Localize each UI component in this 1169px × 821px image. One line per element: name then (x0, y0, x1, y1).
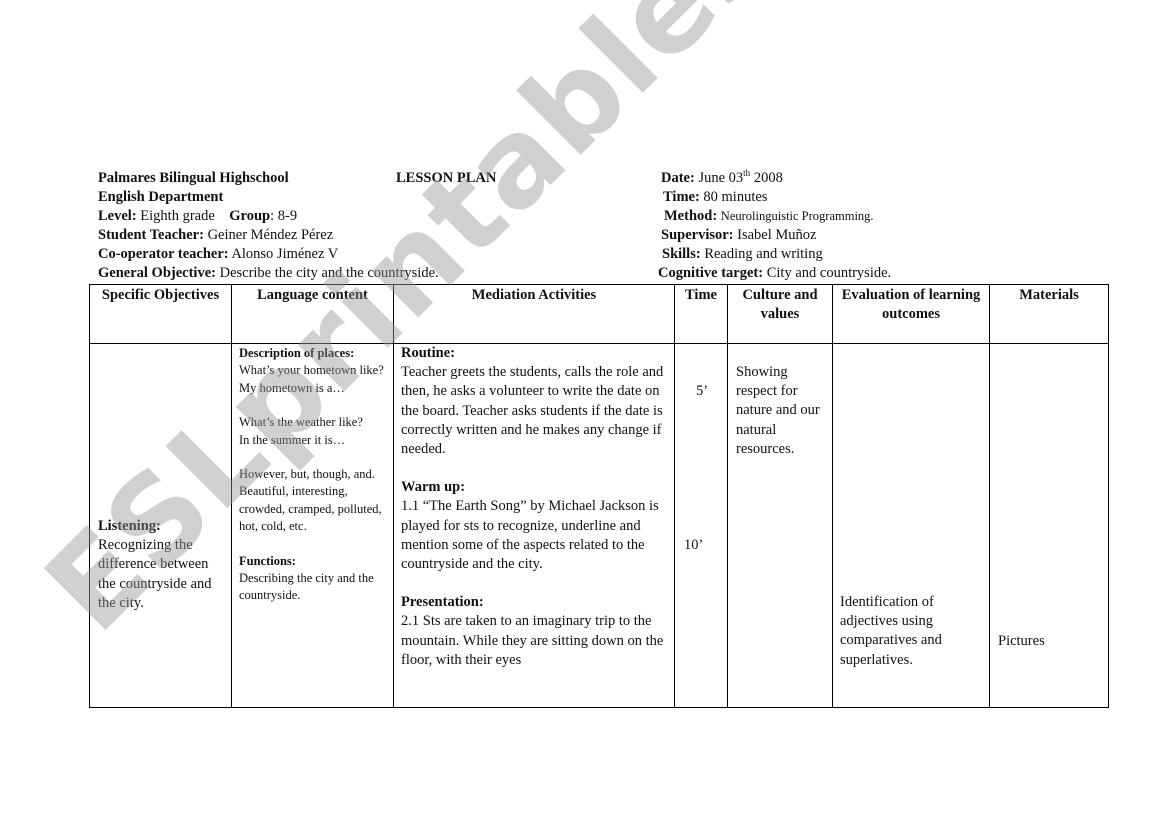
lesson-plan-page: Palmares Bilingual Highschool LESSON PLA… (0, 0, 1169, 821)
student-teacher-line: Student Teacher: Geiner Méndez Pérez (98, 226, 333, 245)
presentation-heading: Presentation: (401, 594, 484, 610)
cognitive-target-line: Cognitive target: City and countryside. (658, 264, 891, 283)
language-q1: What’s your hometown like? (239, 362, 389, 379)
col-header-mediation-activities: Mediation Activities (394, 285, 675, 344)
general-objective-line: General Objective: Describe the city and… (98, 264, 439, 283)
table-header-row: Specific Objectives Language content Med… (90, 285, 1109, 344)
cooperator-teacher-line: Co-operator teacher: Alonso Jiménez V (98, 245, 338, 264)
supervisor-line: Supervisor: Isabel Muñoz (661, 226, 816, 245)
culture-values-text: Showing respect for nature and our natur… (736, 363, 826, 459)
col-header-materials: Materials (990, 285, 1109, 344)
warmup-text: 1.1 “The Earth Song” by Michael Jackson … (401, 497, 669, 574)
evaluation-text: Identification of adjectives using compa… (840, 593, 980, 670)
language-heading-description: Description of places: (239, 346, 354, 360)
time-routine: 5’ (696, 382, 708, 401)
school-name: Palmares Bilingual Highschool (98, 169, 289, 188)
date-line: Date: June 03th 2008 (661, 169, 783, 188)
objective-text: Recognizing the difference between the c… (98, 537, 212, 611)
cell-specific-objectives: Listening: Recognizing the difference be… (90, 344, 232, 708)
language-a2: In the summer it is… (239, 432, 389, 449)
language-q2: What’s the weather like? (239, 414, 389, 431)
cell-materials: Pictures (990, 344, 1109, 708)
col-header-time: Time (675, 285, 728, 344)
cell-culture-values: Showing respect for nature and our natur… (728, 344, 833, 708)
materials-text: Pictures (998, 632, 1045, 651)
col-header-specific-objectives: Specific Objectives (90, 285, 232, 344)
cell-time: 5’ 10’ (675, 344, 728, 708)
language-functions: Describing the city and the countryside. (239, 570, 389, 605)
language-adjectives: Beautiful, interesting, crowded, cramped… (239, 483, 389, 535)
col-header-language-content: Language content (232, 285, 394, 344)
routine-heading: Routine: (401, 345, 455, 361)
routine-text: Teacher greets the students, calls the r… (401, 363, 669, 459)
level-group-line: Level: Eighth grade Group: 8-9 (98, 207, 297, 226)
presentation-text: 2.1 Sts are taken to an imaginary trip t… (401, 612, 669, 670)
skills-line: Skills: Reading and writing (662, 245, 823, 264)
lesson-plan-table: Specific Objectives Language content Med… (89, 284, 1109, 708)
cell-mediation-activities: Routine: Teacher greets the students, ca… (394, 344, 675, 708)
cell-language-content: Description of places: What’s your homet… (232, 344, 394, 708)
method-line: Method: Neurolinguistic Programming. (664, 207, 874, 226)
department: English Department (98, 188, 223, 207)
time-line: Time: 80 minutes (663, 188, 767, 207)
col-header-evaluation: Evaluation of learning outcomes (833, 285, 990, 344)
cell-evaluation: Identification of adjectives using compa… (833, 344, 990, 708)
table-row: Listening: Recognizing the difference be… (90, 344, 1109, 708)
language-heading-functions: Functions: (239, 554, 296, 568)
col-header-culture-values: Culture and values (728, 285, 833, 344)
language-a1: My hometown is a… (239, 380, 389, 397)
warmup-heading: Warm up: (401, 479, 465, 495)
time-warmup: 10’ (684, 536, 703, 555)
document-title: LESSON PLAN (396, 169, 496, 188)
objective-heading: Listening: (98, 518, 161, 534)
language-connectors: However, but, though, and. (239, 466, 389, 483)
